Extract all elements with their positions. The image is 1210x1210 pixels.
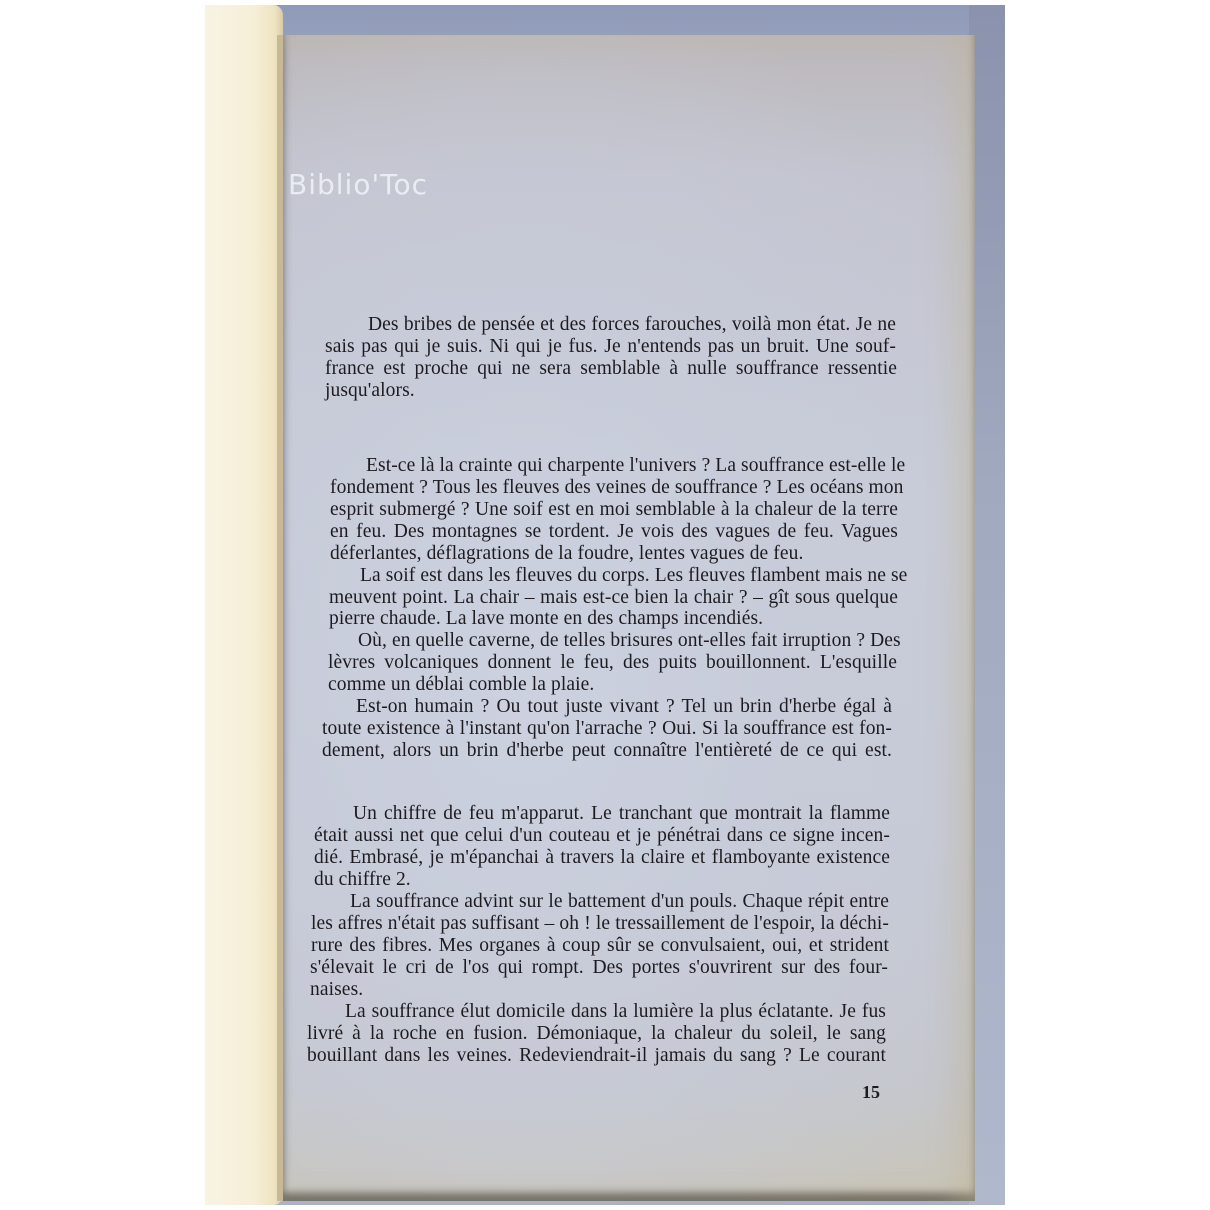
text-line: les affres n'était pas suffisant – oh ! … <box>311 913 889 935</box>
text-line: rure des fibres. Mes organes à coup sûr … <box>311 935 889 957</box>
text-line: bouillant dans les veines. Redeviendrait… <box>307 1045 886 1067</box>
text-line: dement, alors un brin d'herbe peut conna… <box>322 740 892 762</box>
text-line: esprit submergé ? Une soif est en moi se… <box>330 499 898 521</box>
text-line: toute existence à l'instant qu'on l'arra… <box>322 718 892 740</box>
page-number: 15 <box>862 1082 880 1103</box>
text-line: france est proche qui ne sera semblable … <box>325 358 897 380</box>
text-line: en feu. Des montagnes se tordent. Je voi… <box>330 521 898 543</box>
text-line: s'élevait le cri de l'os qui rompt. Des … <box>310 957 888 979</box>
text-line: fondement ? Tous les fleuves des veines … <box>330 477 898 499</box>
watermark-logo: Biblio'Toc <box>288 168 428 201</box>
text-line: livré à la roche en fusion. Démoniaque, … <box>307 1023 886 1045</box>
text-line: du chiffre 2. <box>314 869 890 891</box>
text-line: meuvent point. La chair – mais est-ce bi… <box>329 587 898 609</box>
text-line: La soif est dans les fleuves du corps. L… <box>360 565 898 587</box>
text-line: déferlantes, déflagrations de la foudre,… <box>330 543 898 565</box>
text-line: comme un déblai comble la plaie. <box>328 674 897 696</box>
text-line: La souffrance advint sur le battement d'… <box>350 891 889 913</box>
text-line: lèvres volcaniques donnent le feu, des p… <box>328 652 897 674</box>
text-line: Où, en quelle caverne, de telles brisure… <box>358 630 897 652</box>
text-line: dié. Embrasé, je m'épanchai à travers la… <box>314 847 890 869</box>
text-line: jusqu'alors. <box>325 380 897 402</box>
text-line: Est-on humain ? Ou tout juste vivant ? T… <box>356 696 892 718</box>
facing-page-edge <box>205 5 283 1205</box>
text-line: sais pas qui je suis. Ni qui je fus. Je … <box>325 336 896 358</box>
text-line: Est-ce là la crainte qui charpente l'uni… <box>366 455 898 477</box>
text-line: La souffrance élut domicile dans la lumi… <box>345 1001 886 1023</box>
text-line: naises. <box>310 979 888 1001</box>
text-line: Un chiffre de feu m'apparut. Le tranchan… <box>353 803 890 825</box>
text-line: pierre chaude. La lave monte en des cham… <box>329 608 898 630</box>
text-line: Des bribes de pensée et des forces farou… <box>368 314 896 336</box>
text-line: était aussi net que celui d'un couteau e… <box>314 825 890 847</box>
